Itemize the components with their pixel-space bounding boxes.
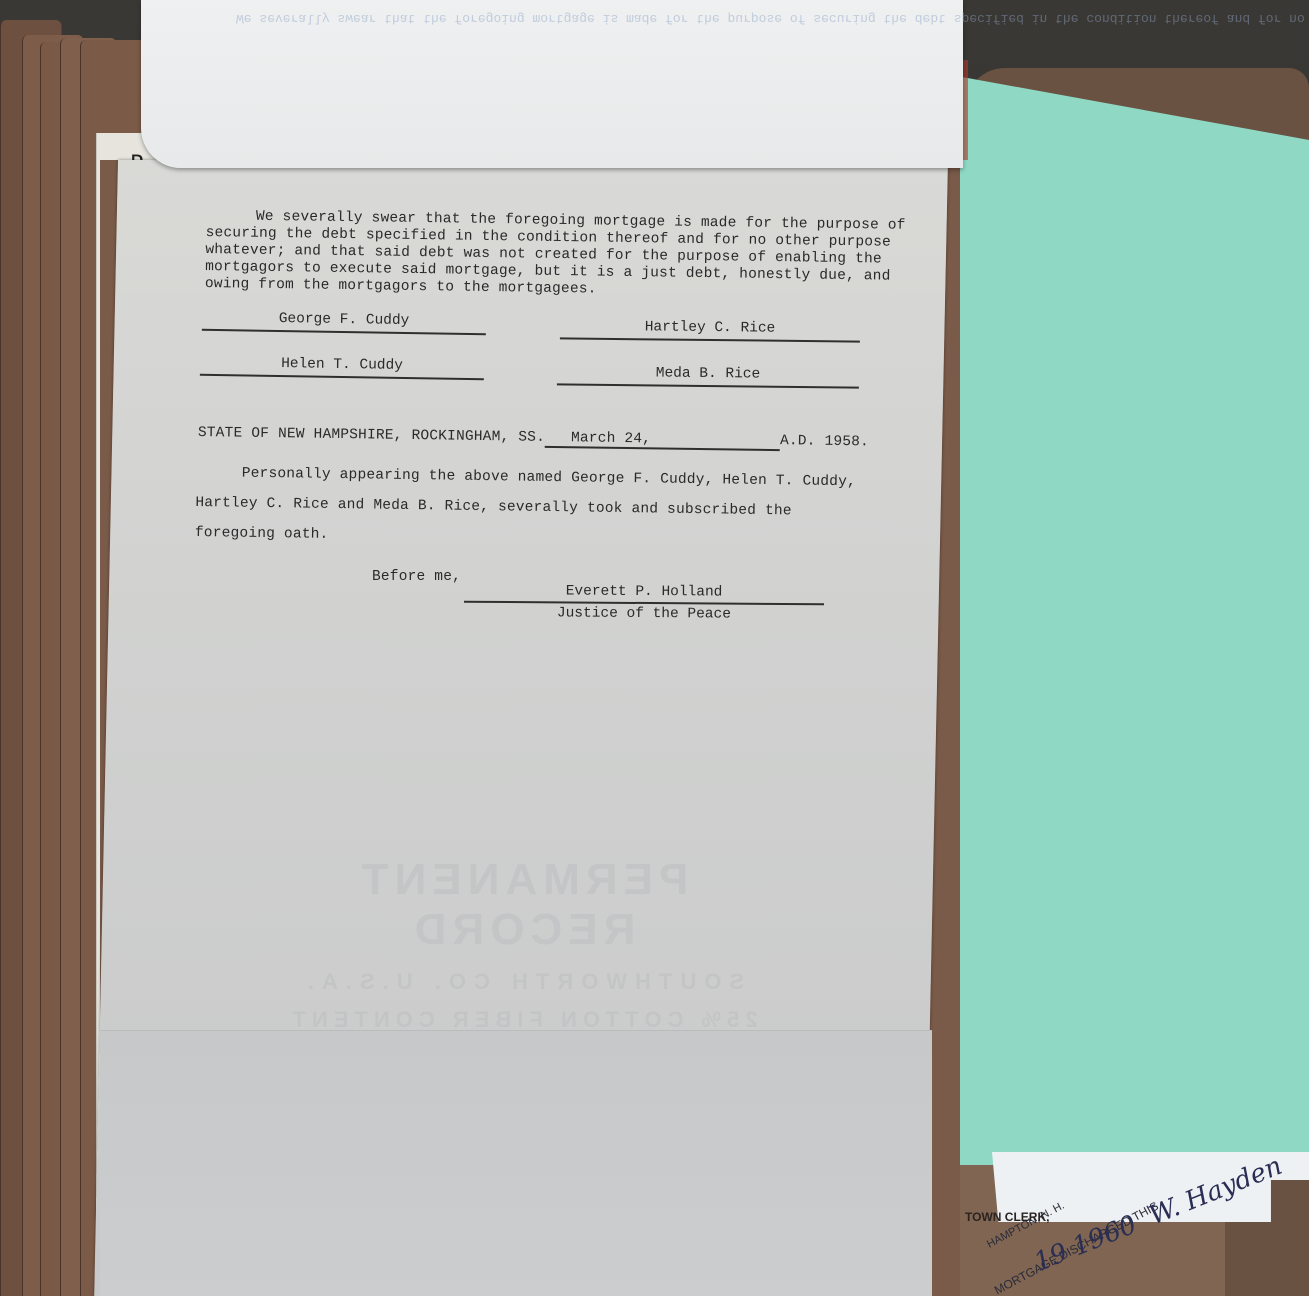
justice-title: Justice of the Peace [464,603,824,624]
oath-paragraph: We severally swear that the foregoing mo… [205,208,906,303]
green-sheet [935,75,1309,1165]
justice-signature: Everett P. Holland Justice of the Peace [464,583,824,624]
oath-year: A.D. 1958. [780,433,869,450]
bleed-through-text: We severally swear that the foregoing mo… [236,10,956,27]
folded-top-flap: We severally swear that the foregoing mo… [141,0,963,168]
signature-line: George F. Cuddy [202,310,486,335]
oath-text: We severally swear that the foregoing mo… [205,208,906,303]
page-lower-fold [100,1030,932,1296]
signature-line: Hartley C. Rice [560,318,860,342]
watermark-line-1: PERMANENT RECORD [262,855,782,955]
state-county: STATE OF NEW HAMPSHIRE, ROCKINGHAM, SS. [198,425,545,446]
before-me-label: Before me, [372,569,461,585]
appearance-text: Personally appearing the above named Geo… [195,458,876,557]
paper-watermark: PERMANENT RECORD SOUTHWORTH CO. U.S.A. 2… [262,855,782,1033]
signature-line: Helen T. Cuddy [200,355,484,380]
oath-date: March 24, [545,430,780,451]
signature-line: Meda B. Rice [557,364,859,388]
watermark-line-3: 25% COTTON FIBER CONTENT [262,1007,782,1033]
watermark-line-2: SOUTHWORTH CO. U.S.A. [262,969,782,995]
appearance-paragraph: Personally appearing the above named Geo… [195,458,876,557]
